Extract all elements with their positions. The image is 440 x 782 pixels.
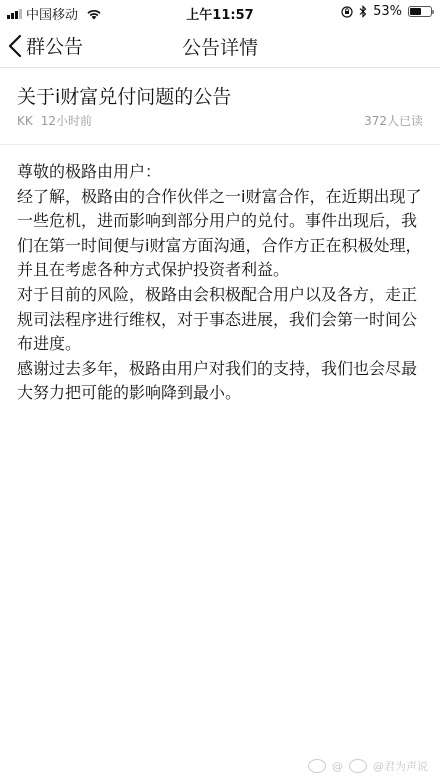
announcement-meta: KK12小时前: [17, 112, 92, 129]
weibo-logo-icon: [349, 759, 367, 773]
watermark-text-1: @: [332, 760, 343, 773]
author-name: KK: [17, 114, 33, 128]
watermark: @ @君为声说: [308, 758, 428, 774]
read-count: 372人已读: [364, 112, 423, 129]
announcement-body: 尊敬的极路由用户： 经了解，极路由的合作伙伴之一i财富合作，在近期出现了一些危机…: [17, 160, 423, 406]
navigation-bar: 群公告 公告详情: [0, 24, 440, 68]
battery-percent: 53%: [373, 4, 402, 19]
post-time: 12小时前: [41, 114, 92, 128]
announcement-header: 关于i财富兑付问题的公告 KK12小时前 372人已读: [0, 68, 440, 145]
battery-icon: [408, 6, 432, 17]
body-paragraph: 对于目前的风险，极路由会积极配合用户以及各方，走正规司法程序进行维权，对于事态进…: [17, 283, 423, 357]
watermark-text-2: @君为声说: [373, 758, 428, 774]
page-title: 公告详情: [0, 33, 440, 60]
body-paragraph: 尊敬的极路由用户：: [17, 160, 423, 185]
bluetooth-icon: [359, 5, 367, 18]
announcement-title: 关于i财富兑付问题的公告: [17, 82, 231, 109]
body-paragraph: 感谢过去多年，极路由用户对我们的支持，我们也会尽最大努力把可能的影响降到最小。: [17, 357, 423, 406]
orientation-lock-icon: [341, 6, 353, 18]
body-paragraph: 经了解，极路由的合作伙伴之一i财富合作，在近期出现了一些危机，进而影响到部分用户…: [17, 185, 423, 283]
status-bar: 中国移动 上午11:57 53%: [0, 0, 440, 24]
weibo-logo-icon: [308, 759, 326, 773]
